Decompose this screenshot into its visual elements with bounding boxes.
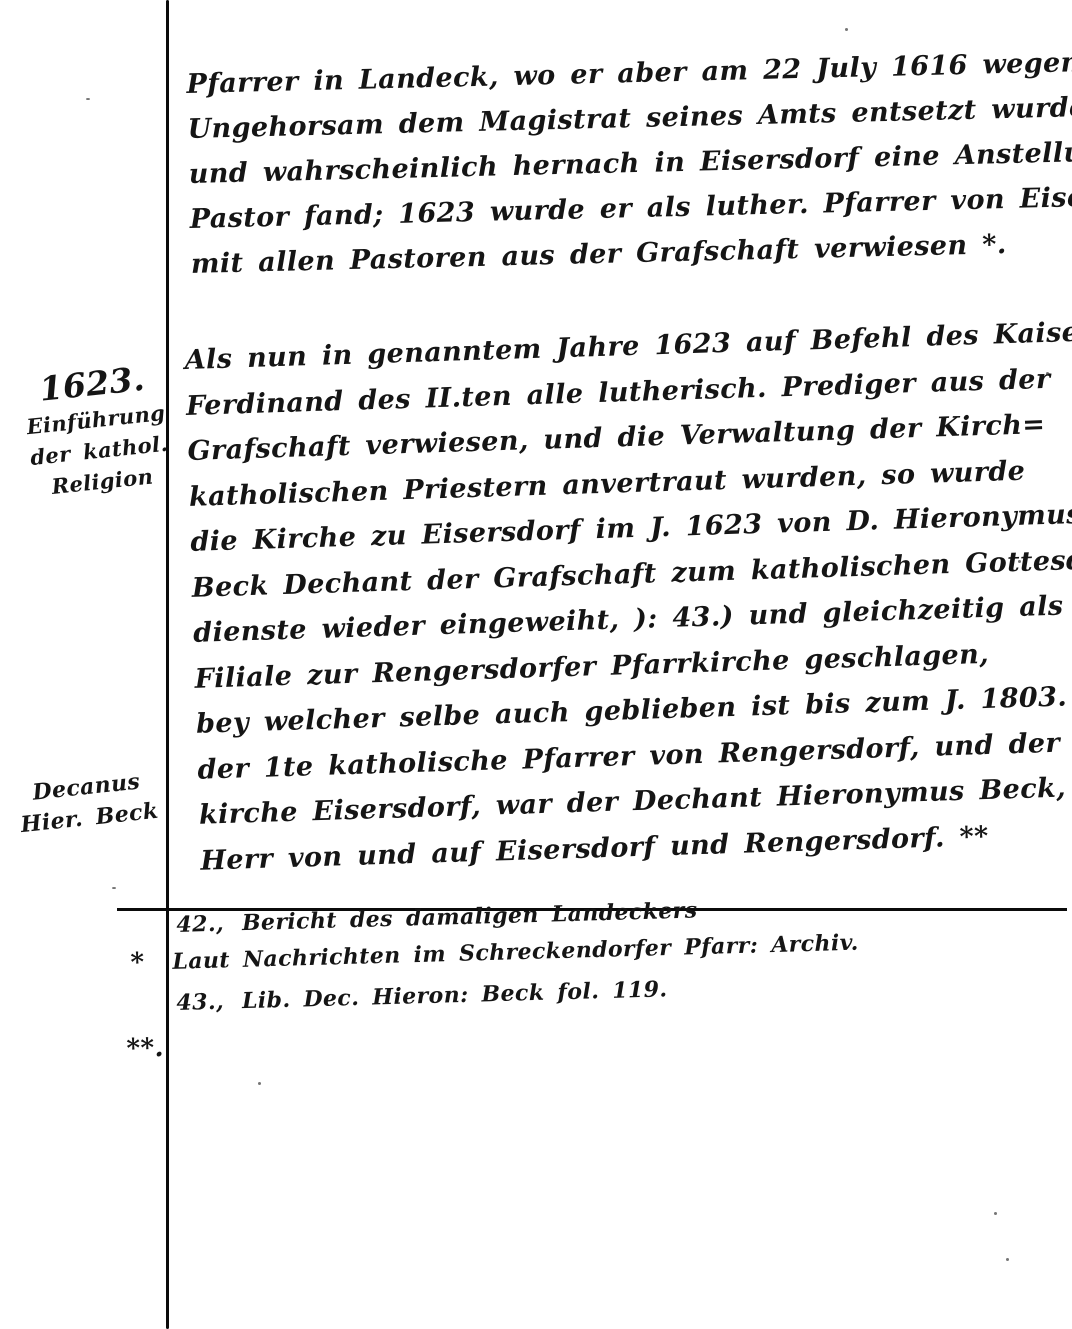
footnote-text: Lib. Dec. Hieron: Beck fol. 119. — [242, 972, 668, 1018]
margin-rule-vertical — [166, 0, 169, 1329]
footnote-marker: 43., — [176, 985, 224, 1020]
body-paragraph-2: Als nun in genanntem Jahre 1623 auf Befe… — [184, 310, 1072, 883]
manuscript-page: 1623. Einführung der kathol. Religion De… — [0, 0, 1072, 1329]
paper-speck — [994, 1212, 997, 1215]
paper-speck — [1006, 1258, 1009, 1261]
paper-speck — [845, 28, 848, 31]
margin-note-1623: 1623. Einführung der kathol. Religion — [19, 357, 174, 504]
paper-speck — [1018, 560, 1021, 563]
paper-speck — [112, 887, 116, 889]
footnote-marker: 42., — [176, 907, 224, 942]
body-paragraph-1: Pfarrer in Landeck, wo er aber am 22 Jul… — [186, 41, 1061, 287]
margin-note-decanus: Decanus Hier. Beck — [7, 764, 169, 842]
footnote-double-asterisk: **. — [126, 1030, 182, 1066]
paper-speck — [1046, 372, 1049, 375]
footnote-text — [181, 1030, 182, 1064]
footnote-marker: * — [130, 946, 145, 980]
paper-speck — [86, 98, 90, 100]
paper-speck — [258, 1082, 261, 1085]
footnote-43: 43., Lib. Dec. Hieron: Beck fol. 119. — [176, 972, 668, 1020]
footnote-marker: **. — [126, 1031, 164, 1066]
